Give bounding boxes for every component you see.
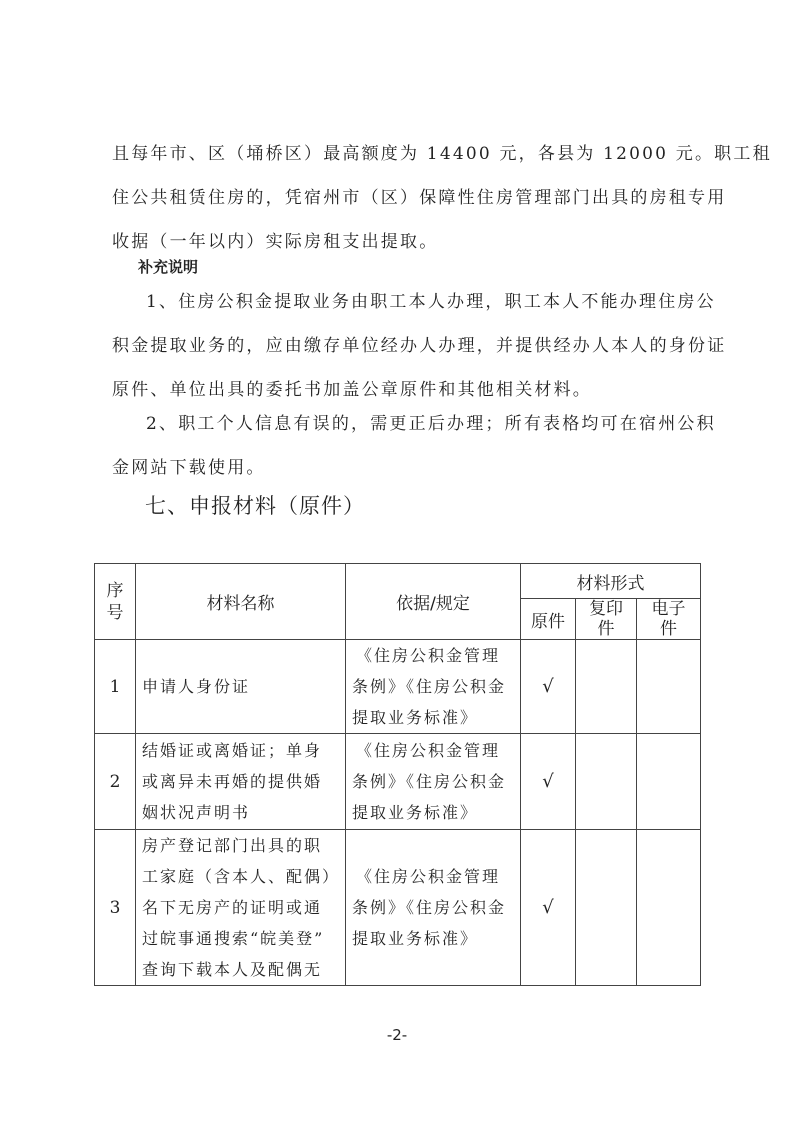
copy-check: [576, 640, 637, 734]
text-line: 金网站下载使用。: [112, 446, 692, 490]
paragraph-note-1: 1、住房公积金提取业务由职工本人办理，职工本人不能办理住房公 积金提取业务的，应…: [112, 280, 692, 412]
header-material-name: 材料名称: [136, 564, 346, 640]
material-basis: 《住房公积金管理 条例》《住房公积金 提取业务标准》: [346, 640, 521, 734]
header-copy: 复印 件: [576, 599, 637, 640]
original-check: √: [521, 734, 576, 830]
copy-check: [576, 830, 637, 986]
table-row: 3 房产登记部门出具的职 工家庭（含本人、配偶） 名下无房产的证明或通 过皖事通…: [95, 830, 701, 986]
text-line: 1、住房公积金提取业务由职工本人办理，职工本人不能办理住房公: [112, 280, 692, 324]
text-line: 收据（一年以内）实际房租支出提取。: [112, 220, 692, 264]
text-line: 2、职工个人信息有误的，需更正后办理；所有表格均可在宿州公积: [112, 402, 692, 446]
paragraph-note-2: 2、职工个人信息有误的，需更正后办理；所有表格均可在宿州公积 金网站下载使用。: [112, 402, 692, 490]
header-no: 序 号: [95, 564, 136, 640]
material-basis: 《住房公积金管理 条例》《住房公积金 提取业务标准》: [346, 734, 521, 830]
row-number: 3: [95, 830, 136, 986]
electronic-check: [637, 830, 701, 986]
text-line: 住公共租赁住房的，凭宿州市（区）保障性住房管理部门出具的房租专用: [112, 176, 692, 220]
header-basis: 依据/规定: [346, 564, 521, 640]
material-name: 结婚证或离婚证；单身 或离异未再婚的提供婚 姻状况声明书: [136, 734, 346, 830]
supplement-label: 补充说明: [138, 256, 198, 277]
table-row: 2 结婚证或离婚证；单身 或离异未再婚的提供婚 姻状况声明书 《住房公积金管理 …: [95, 734, 701, 830]
electronic-check: [637, 640, 701, 734]
material-name: 房产登记部门出具的职 工家庭（含本人、配偶） 名下无房产的证明或通 过皖事通搜索…: [136, 830, 346, 986]
header-material-form: 材料形式: [521, 564, 701, 599]
copy-check: [576, 734, 637, 830]
materials-table: 序 号 材料名称 依据/规定 材料形式 原件 复印 件 电子 件 1 申请人身份…: [94, 563, 701, 986]
paragraph-rent-limit: 且每年市、区（埇桥区）最高额度为 14400 元，各县为 12000 元。职工租…: [112, 132, 692, 264]
electronic-check: [637, 734, 701, 830]
header-electronic: 电子 件: [637, 599, 701, 640]
section-heading: 七、申报材料（原件）: [145, 490, 365, 520]
header-original: 原件: [521, 599, 576, 640]
text-line: 且每年市、区（埇桥区）最高额度为 14400 元，各县为 12000 元。职工租: [112, 132, 692, 176]
original-check: √: [521, 640, 576, 734]
material-basis: 《住房公积金管理 条例》《住房公积金 提取业务标准》: [346, 830, 521, 986]
table-row: 1 申请人身份证 《住房公积金管理 条例》《住房公积金 提取业务标准》 √: [95, 640, 701, 734]
row-number: 2: [95, 734, 136, 830]
text-line: 积金提取业务的，应由缴存单位经办人办理，并提供经办人本人的身份证: [112, 324, 692, 368]
material-name: 申请人身份证: [136, 640, 346, 734]
row-number: 1: [95, 640, 136, 734]
page-number: -2-: [0, 1026, 794, 1044]
original-check: √: [521, 830, 576, 986]
